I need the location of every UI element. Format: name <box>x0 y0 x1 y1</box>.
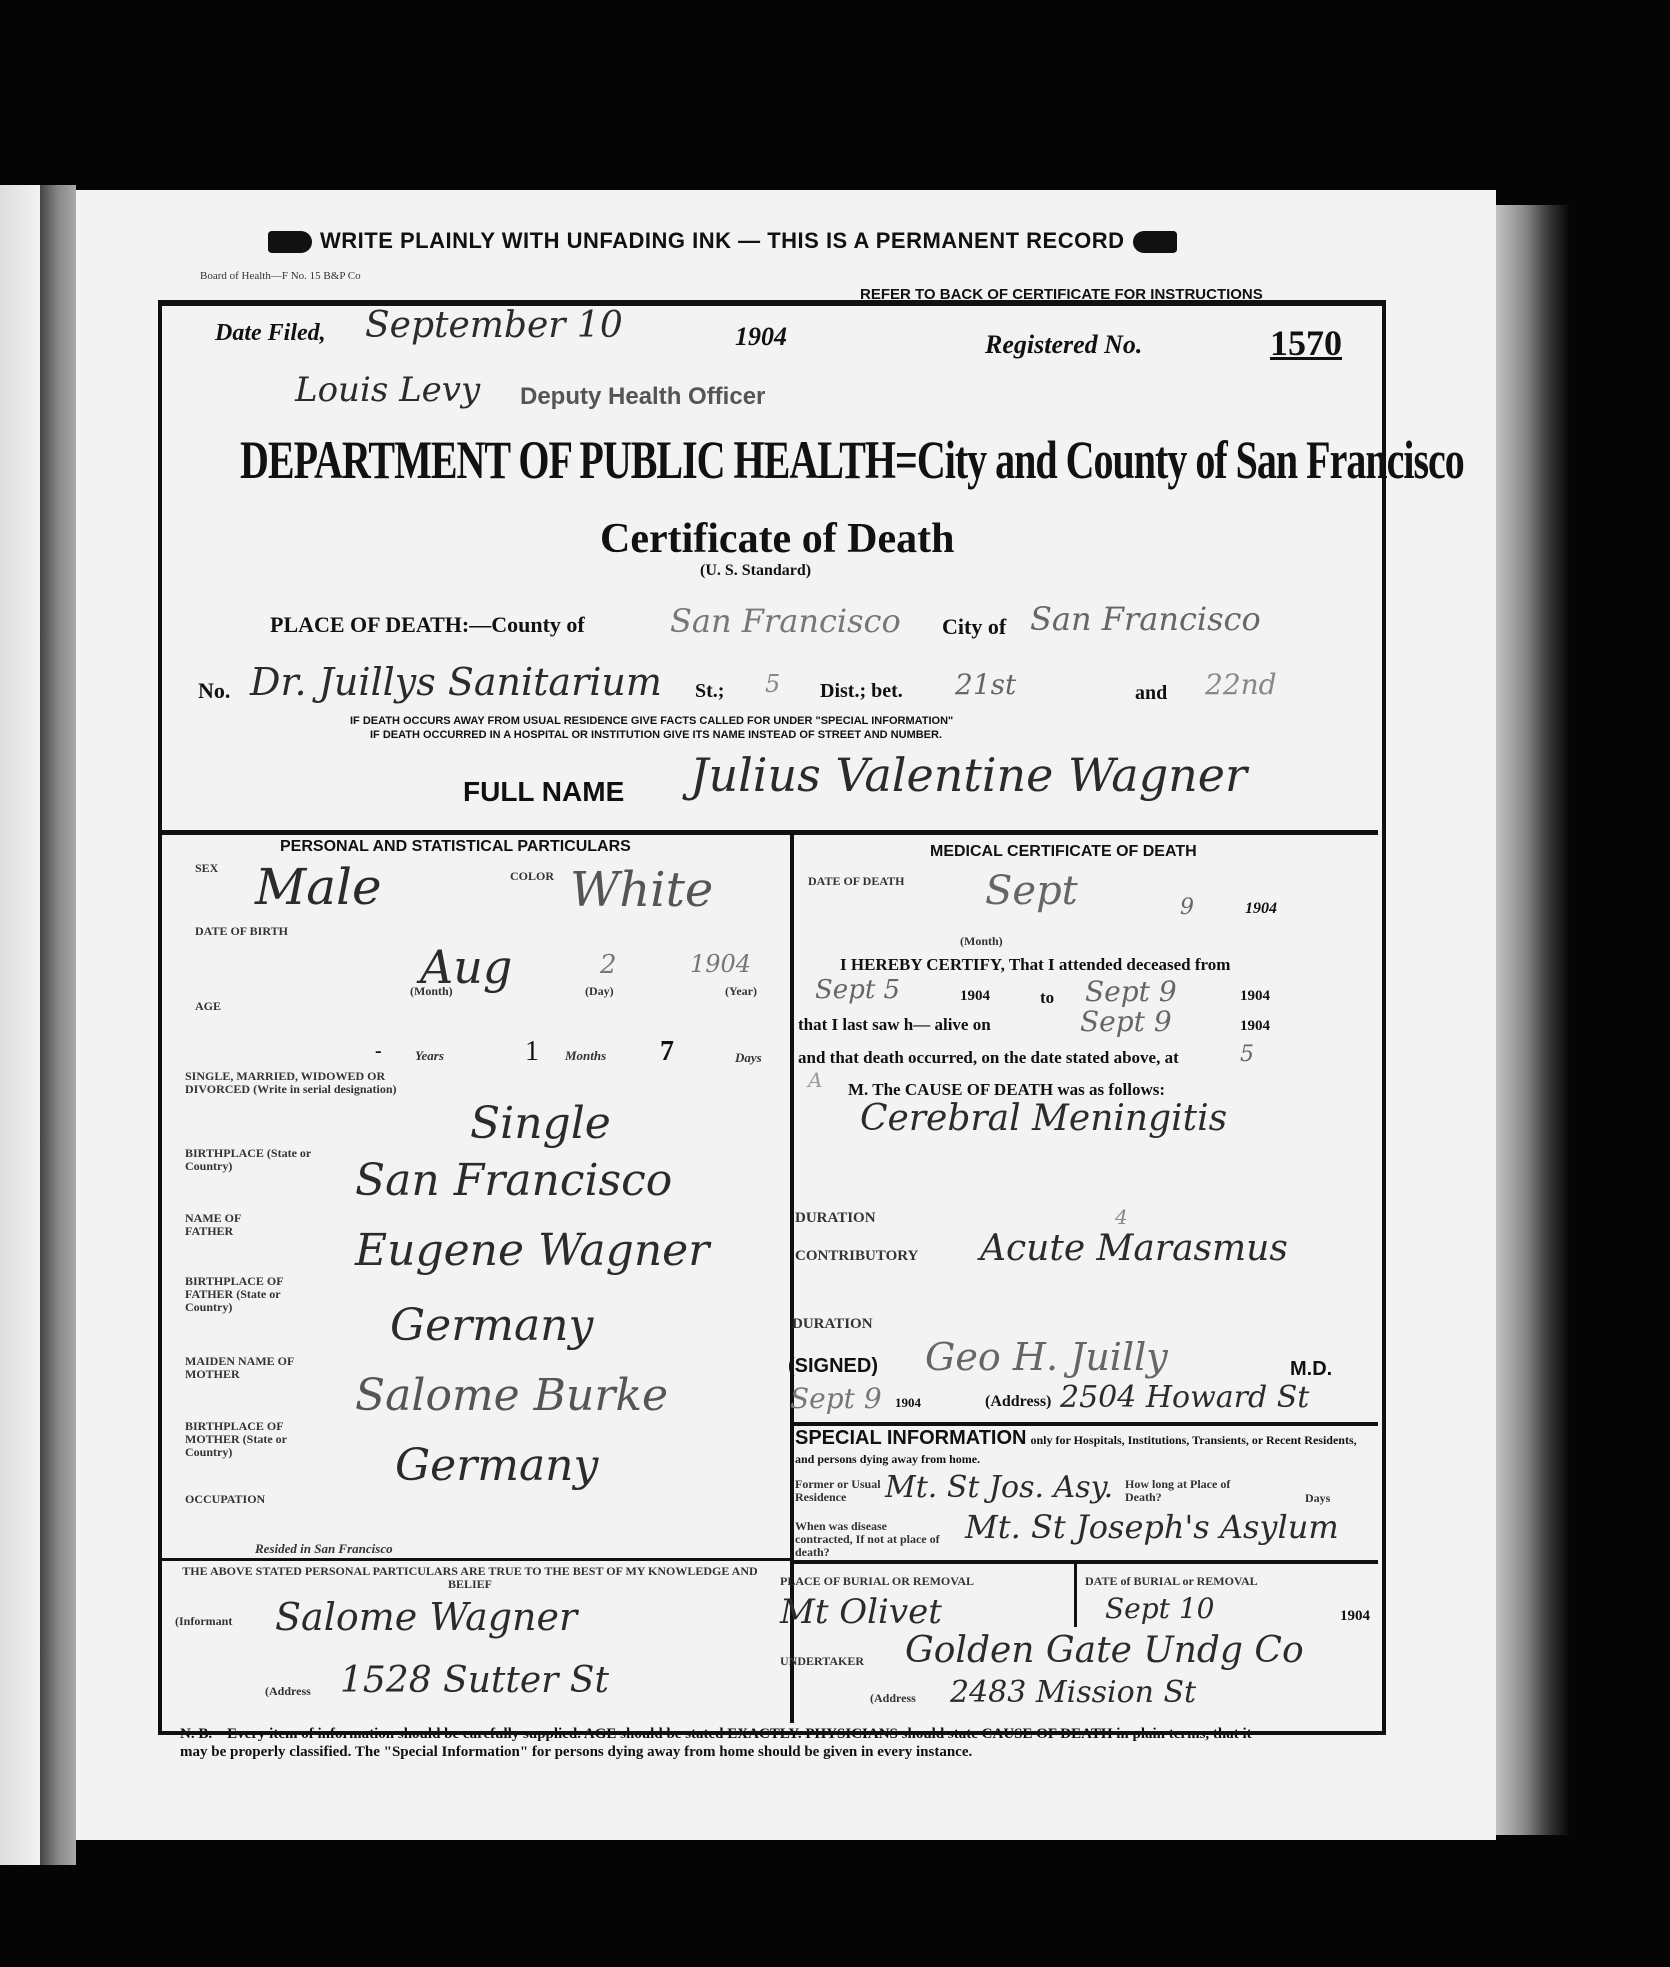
burial-place-label: PLACE OF BURIAL OR REMOVAL <box>780 1575 974 1588</box>
to-label: to <box>1040 988 1054 1008</box>
mother-label: MAIDEN NAME OF MOTHER <box>185 1355 315 1381</box>
father-value: Eugene Wagner <box>355 1225 709 1276</box>
undertaker-address-label: (Address <box>870 1692 916 1705</box>
age-label: AGE <box>195 1000 221 1013</box>
signed-date: Sept 9 <box>790 1382 882 1415</box>
mother-birthplace-label: BIRTHPLACE OF MOTHER (State or Country) <box>185 1420 315 1459</box>
informant-value: Salome Wagner <box>275 1595 577 1639</box>
attest-text: THE ABOVE STATED PERSONAL PARTICULARS AR… <box>170 1565 770 1591</box>
informant-address: 1528 Sutter St <box>340 1660 609 1701</box>
contracted-value: Mt. St Joseph's Asylum <box>965 1508 1339 1546</box>
date-filed-year: 1904 <box>735 322 787 352</box>
dod-day: 9 <box>1180 895 1194 920</box>
column-divider <box>790 833 794 1723</box>
marital-label: SINGLE, MARRIED, WIDOWED OR DIVORCED (Wr… <box>185 1070 415 1096</box>
last-saw-label: that I last saw h— alive on <box>798 1015 991 1035</box>
physician-address-label: (Address) <box>985 1393 1051 1411</box>
signed-year: 1904 <box>895 1395 921 1411</box>
full-name-value: Julius Valentine Wagner <box>690 748 1247 802</box>
dob-year: 1904 <box>690 950 751 978</box>
burial-place: Mt Olivet <box>780 1592 942 1632</box>
age-months: 1 <box>525 1036 539 1068</box>
street-no-label: No. <box>198 678 230 704</box>
signed-label: (SIGNED) <box>788 1355 878 1378</box>
informant-label: (Informant <box>175 1615 232 1628</box>
meridiem: A <box>808 1068 822 1092</box>
occupation-label: OCCUPATION <box>185 1493 265 1506</box>
duration-days: 4 <box>1115 1205 1128 1229</box>
dist-label: Dist.; bet. <box>820 680 903 703</box>
footer-note: N. B.—Every item of information should b… <box>180 1725 1280 1761</box>
color-value: White <box>570 862 713 918</box>
and-label: and <box>1135 682 1167 705</box>
informant-address-label: (Address <box>265 1685 311 1698</box>
how-long-unit: Days <box>1305 1492 1330 1505</box>
cause-intro: M. The CAUSE OF DEATH was as follows: <box>848 1080 1165 1100</box>
place-instructions: IF DEATH OCCURS AWAY FROM USUAL RESIDENC… <box>350 714 953 742</box>
resided-label: Resided in San Francisco <box>255 1541 393 1557</box>
sex-label: SEX <box>195 862 218 875</box>
undertaker-value: Golden Gate Undg Co <box>905 1630 1304 1671</box>
special-divider <box>793 1422 1378 1426</box>
former-residence-label: Former or Usual Residence <box>795 1478 890 1504</box>
occurred-text: and that death occurred, on the date sta… <box>798 1048 1179 1068</box>
full-name-label: FULL NAME <box>463 776 624 808</box>
officer-title: Deputy Health Officer <box>520 383 765 411</box>
attended-from: Sept 5 <box>815 975 900 1005</box>
father-birthplace-label: BIRTHPLACE OF FATHER (State or Country) <box>185 1275 315 1314</box>
medical-heading: MEDICAL CERTIFICATE OF DEATH <box>930 843 1197 861</box>
dod-month: Sept <box>985 868 1078 914</box>
pointing-hand-icon <box>268 231 312 253</box>
day-caption: (Day) <box>585 985 614 998</box>
attest-divider <box>162 1558 792 1561</box>
birthplace-value: San Francisco <box>355 1155 672 1206</box>
certify-text: I HEREBY CERTIFY, That I attended deceas… <box>840 955 1230 975</box>
department-title: DEPARTMENT OF PUBLIC HEALTH=City and Cou… <box>240 428 1464 491</box>
registered-no-label: Registered No. <box>985 330 1142 360</box>
date-filed-value: September 10 <box>365 305 623 346</box>
year-caption: (Year) <box>725 985 757 998</box>
attended-to-year: 1904 <box>1240 988 1270 1005</box>
between-street-1: 21st <box>955 668 1016 701</box>
top-banner: WRITE PLAINLY WITH UNFADING INK — THIS I… <box>260 228 1185 254</box>
month-caption: (Month) <box>410 985 453 998</box>
officer-signature: Louis Levy <box>295 370 480 410</box>
attended-from-year: 1904 <box>960 988 990 1005</box>
county-value: San Francisco <box>670 602 901 640</box>
city-label: City of <box>942 614 1006 640</box>
city-value: San Francisco <box>1030 600 1261 638</box>
attended-to: Sept 9 <box>1085 975 1177 1008</box>
physician-signature: Geo H. Juilly <box>925 1335 1168 1379</box>
years-caption: Years <box>415 1048 444 1064</box>
age-days: 7 <box>660 1036 674 1068</box>
dob-day: 2 <box>600 950 617 980</box>
how-long-label: How long at Place of Death? <box>1125 1478 1245 1504</box>
burial-date-label: DATE of BURIAL or REMOVAL <box>1085 1575 1258 1588</box>
personal-heading: PERSONAL AND STATISTICAL PARTICULARS <box>280 838 631 856</box>
pointing-hand-icon <box>1133 231 1177 253</box>
special-heading: SPECIAL INFORMATION <box>795 1427 1026 1449</box>
registered-no: 1570 <box>1270 322 1342 364</box>
between-street-2: 22nd <box>1205 668 1277 701</box>
undertaker-label: UNDERTAKER <box>780 1655 864 1668</box>
death-time: 5 <box>1240 1042 1254 1067</box>
father-birthplace-value: Germany <box>390 1300 593 1351</box>
age-years: - <box>375 1040 382 1063</box>
former-residence: Mt. St Jos. Asy. <box>885 1470 1113 1505</box>
months-caption: Months <box>565 1048 606 1064</box>
place-of-death-label: PLACE OF DEATH:—County of <box>270 612 585 638</box>
special-heading-block: SPECIAL INFORMATION only for Hospitals, … <box>795 1427 1375 1468</box>
cause-of-death: Cerebral Meningitis <box>860 1098 1227 1139</box>
book-gutter <box>40 185 76 1865</box>
contributory-value: Acute Marasmus <box>980 1228 1288 1269</box>
section-divider <box>162 830 1378 835</box>
burial-column-divider <box>1074 1562 1077 1627</box>
left-page-edge <box>0 185 40 1865</box>
duration-label: DURATION <box>795 1212 876 1225</box>
sex-value: Male <box>255 858 382 916</box>
burial-year: 1904 <box>1340 1608 1370 1625</box>
birthplace-label: BIRTHPLACE (State or Country) <box>185 1147 325 1173</box>
physician-address: 2504 Howard St <box>1060 1380 1309 1415</box>
days-caption: Days <box>735 1050 762 1066</box>
certificate-title: Certificate of Death <box>600 515 955 563</box>
color-label: COLOR <box>510 870 554 883</box>
st-label: St.; <box>695 680 724 703</box>
md-label: M.D. <box>1290 1358 1332 1381</box>
mother-value: Salome Burke <box>355 1370 668 1421</box>
father-label: NAME OF FATHER <box>185 1212 285 1238</box>
st-value: 5 <box>765 670 780 698</box>
institution-value: Dr. Juillys Sanitarium <box>250 660 662 704</box>
dod-label: DATE OF DEATH <box>808 875 904 888</box>
burial-date: Sept 10 <box>1105 1592 1214 1625</box>
burial-divider <box>793 1560 1378 1564</box>
certificate-standard: (U. S. Standard) <box>700 562 811 580</box>
mother-birthplace-value: Germany <box>395 1440 598 1491</box>
contracted-label: When was disease contracted, If not at p… <box>795 1520 945 1559</box>
date-filed-label: Date Filed, <box>215 320 326 347</box>
dob-label: DATE OF BIRTH <box>195 925 288 938</box>
dod-month-caption: (Month) <box>960 935 1003 948</box>
dod-year: 1904 <box>1245 900 1277 918</box>
duration-2-label: DURATION <box>792 1318 873 1331</box>
marital-value: Single <box>470 1098 611 1149</box>
last-saw-year: 1904 <box>1240 1018 1270 1035</box>
contributory-label: CONTRIBUTORY <box>795 1250 918 1263</box>
board-note: Board of Health—F No. 15 B&P Co <box>200 270 361 282</box>
undertaker-address: 2483 Mission St <box>950 1675 1196 1710</box>
last-saw-date: Sept 9 <box>1080 1005 1172 1038</box>
